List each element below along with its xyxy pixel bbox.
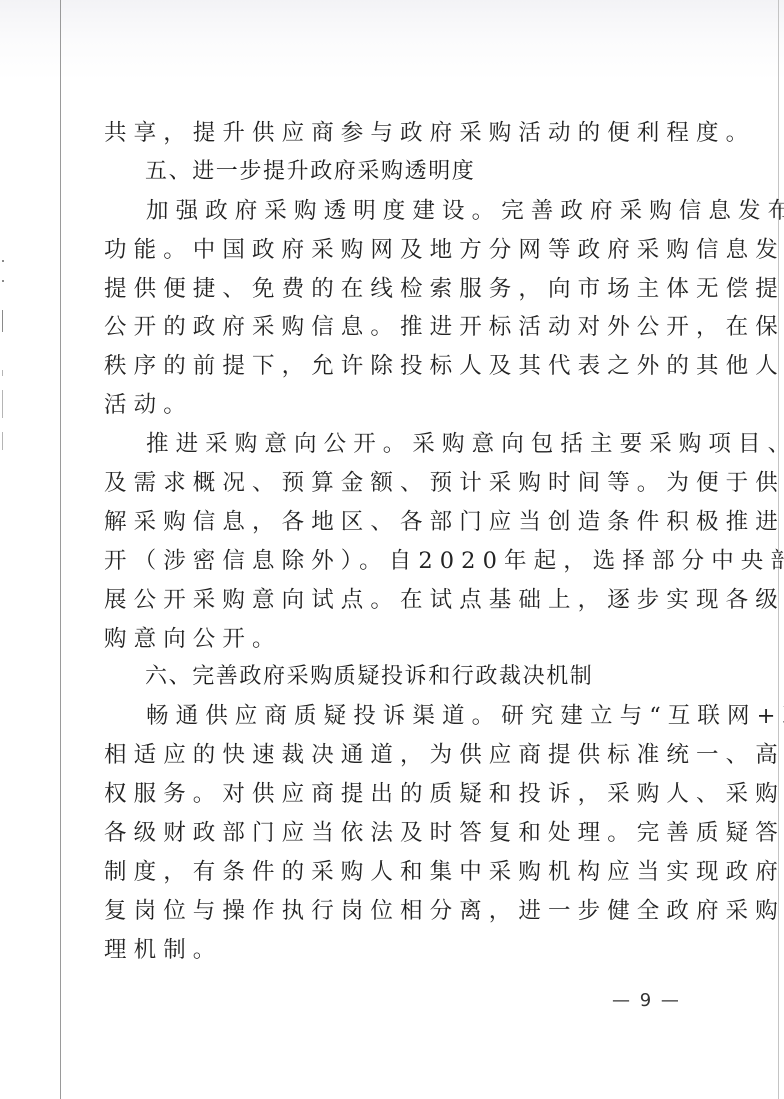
- section-heading-5: 五、进一步提升政府采购透明度: [104, 153, 698, 192]
- paragraph-line: 提供便捷、免费的在线检索服务，向市场主体无偿提供所有依法: [104, 270, 698, 309]
- paragraph-line: 及需求概况、预算金额、预计采购时间等。为便于供应商提前了: [104, 464, 698, 503]
- section-heading-6: 六、完善政府采购质疑投诉和行政裁决机制: [104, 658, 698, 697]
- paragraph-line: 功能。中国政府采购网及地方分网等政府采购信息发布平台应当: [104, 231, 698, 270]
- paragraph-line: 购意向公开。: [104, 620, 698, 659]
- paragraph-line: 复岗位与操作执行岗位相分离，进一步健全政府采购质疑投诉处: [104, 892, 698, 931]
- scan-mark: [2, 280, 4, 282]
- paragraph-line: 秩序的前提下，允许除投标人及其代表之外的其他人员观摩开标: [104, 347, 698, 386]
- paragraph-line: 相适应的快速裁决通道，为供应商提供标准统一、高效便捷的维: [104, 736, 698, 775]
- document-body: 共享，提升供应商参与政府采购活动的便利程度。 五、进一步提升政府采购透明度 加强…: [104, 114, 698, 970]
- paragraph-line: 制度，有条件的采购人和集中采购机构应当实现政府采购质疑答: [104, 853, 698, 892]
- scan-mark: [2, 432, 3, 450]
- paragraph-line: 推进采购意向公开。采购意向包括主要采购项目、采购内容: [104, 425, 698, 464]
- paragraph-line: 开（涉密信息除外）。自2020年起，选择部分中央部门和地方开: [104, 542, 698, 581]
- scan-mark: [2, 310, 3, 332]
- scan-mark: [2, 370, 3, 376]
- paragraph-line: 解采购信息，各地区、各部门应当创造条件积极推进采购意向公: [104, 503, 698, 542]
- paragraph-line: 各级财政部门应当依法及时答复和处理。完善质疑答复内部控制: [104, 814, 698, 853]
- paragraph-line: 加强政府采购透明度建设。完善政府采购信息发布平台服务: [104, 192, 698, 231]
- paragraph-line: 畅通供应商质疑投诉渠道。研究建立与“互联网+政府采购”: [104, 697, 698, 736]
- paragraph-line: 活动。: [104, 386, 698, 425]
- scan-mark: [2, 260, 4, 262]
- paragraph-line: 公开的政府采购信息。推进开标活动对外公开，在保证正常开标: [104, 308, 698, 347]
- document-page: 共享，提升供应商参与政府采购活动的便利程度。 五、进一步提升政府采购透明度 加强…: [0, 0, 784, 1099]
- page-number: — 9 —: [612, 990, 681, 1011]
- paragraph-line: 展公开采购意向试点。在试点基础上，逐步实现各级预算单位采: [104, 581, 698, 620]
- paragraph-line: 理机制。: [104, 931, 698, 970]
- scan-mark: [2, 390, 3, 418]
- paragraph-line: 共享，提升供应商参与政府采购活动的便利程度。: [104, 114, 698, 153]
- binding-margin-line: [60, 0, 61, 1099]
- paragraph-line: 权服务。对供应商提出的质疑和投诉，采购人、采购代理机构和: [104, 775, 698, 814]
